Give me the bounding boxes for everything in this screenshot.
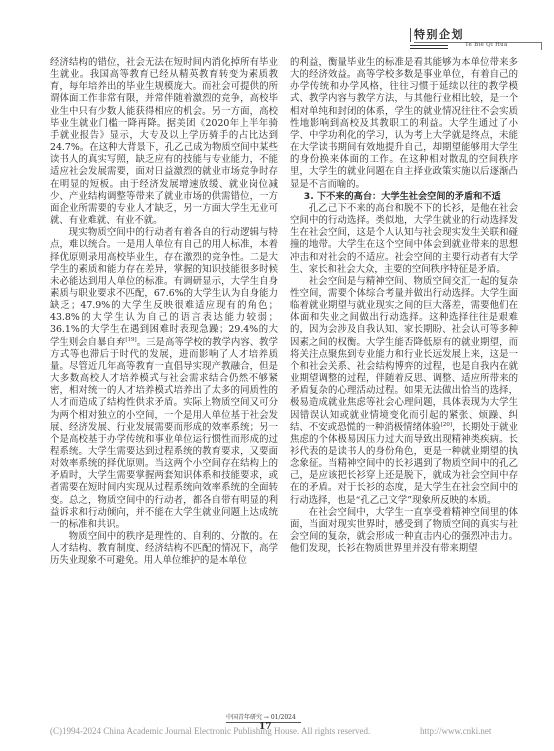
section-header: 特别企划 Te Bie Qi Hua (410, 26, 542, 52)
source-url: http://www.cnki.net (420, 726, 491, 736)
paragraph: 在社会空间中，大学生一直享受着精神空间里的体面，当面对现实世界时，感受到了物质空… (290, 507, 518, 556)
section-pinyin: Te Bie Qi Hua (465, 42, 508, 48)
section-title: 特别企划 (414, 26, 464, 42)
header-double-rule (410, 45, 448, 49)
header-vertical-rule (410, 28, 411, 42)
citation: [20] (441, 422, 452, 428)
paragraph: 社会空间是与精神空间、物质空间交汇一起的复杂性空间，需要个体综合考量并做出行动选… (290, 276, 518, 507)
paragraph: 孔乙己下不来的高台和脱不下的长衫，是他在社会空间中的行动选择。类似地，大学生就业… (290, 203, 518, 276)
citation: [19] (125, 336, 136, 342)
paragraph-text: ，长期处于就业焦虑的个体极易因压力过大而导致出现精神类疾病。长衫代表的是读书人的… (290, 422, 518, 506)
right-column: 的利益，衡量毕业生的标准是看其能够为本单位带来多大的经济效益。高等学校多数是事业… (290, 57, 518, 555)
paragraph-text: 社会空间是与精神空间、物质空间交汇一起的复杂性空间，需要个体综合考量并做出行动选… (290, 276, 518, 433)
paragraph: 物质空间中的秩序是理性的、自利的、分散的。在人才结构、教育制度、经济结构不匹配的… (50, 531, 278, 567)
header-rule-end (541, 42, 542, 50)
paragraph-text: 。三是高等学校的教学内容、教学方式等也滞后于时代的发展，进而影响了人才培养质量。… (50, 337, 278, 530)
paragraph-text: 现实物质空间中的行动者有着各自的行动逻辑与特点，难以统合。一是用人单位有自己的用… (50, 227, 278, 347)
paragraph: 现实物质空间中的行动者有着各自的行动逻辑与特点，难以统合。一是用人单位有自己的用… (50, 227, 278, 531)
section-heading: 3. 下不来的高台：大学生社会空间的矛盾和不适 (290, 191, 518, 203)
page-footer: 中国青年研究 → 01/2024 17 (C)1994-2024 China A… (0, 712, 554, 742)
paragraph: 的利益，衡量毕业生的标准是看其能够为本单位带来多大的经济效益。高等学校多数是事业… (290, 57, 518, 191)
left-column: 经济结构的错位，社会无法在短时间内消化掉所有毕业生就业。我国高等教育已经从精英教… (50, 57, 278, 568)
copyright-notice: (C)1994-2024 China Academic Journal Elec… (50, 726, 370, 736)
paragraph: 经济结构的错位，社会无法在短时间内消化掉所有毕业生就业。我国高等教育已经从精英教… (50, 57, 278, 227)
